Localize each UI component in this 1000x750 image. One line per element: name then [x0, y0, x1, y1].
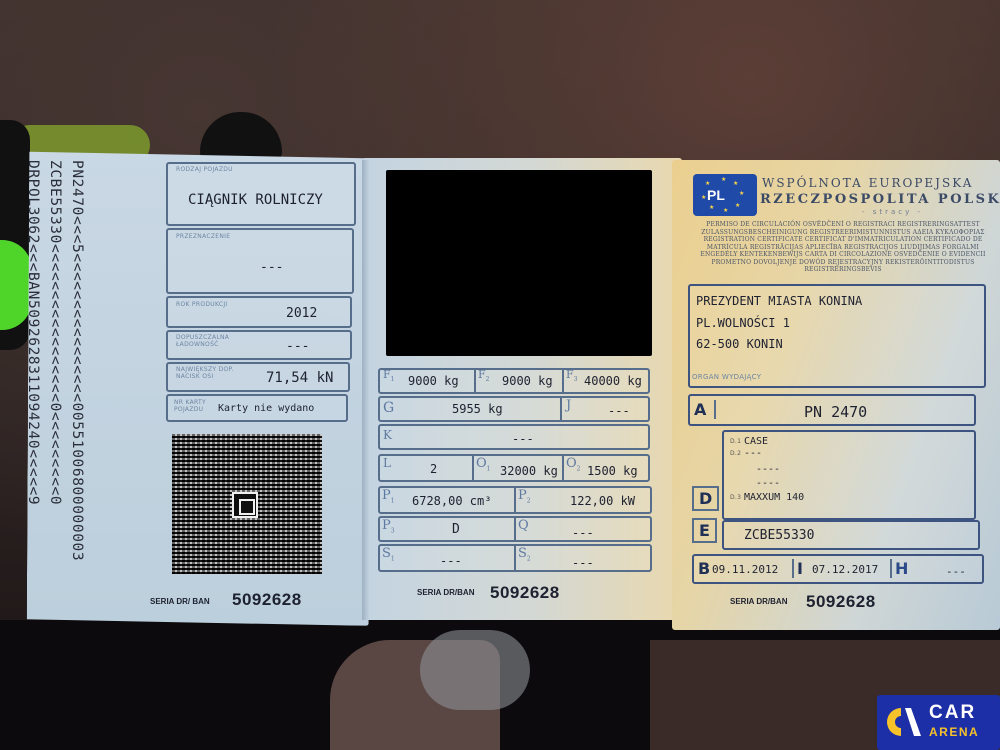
- d2-line-3: ----: [756, 478, 780, 489]
- f1-value: 9000 kg: [408, 374, 459, 388]
- datamatrix-code: [172, 434, 322, 574]
- eu-flag-icon: ★ ★ ★ ★ ★ ★ ★ ★ PL: [693, 174, 757, 216]
- payload-label: DOPUSZCZALNA ŁADOWNOŚĆ: [176, 334, 246, 348]
- p2-value: 122,00 kW: [570, 494, 635, 508]
- s2-value: ---: [572, 556, 594, 570]
- code-l: L: [383, 456, 391, 470]
- purpose-label: PRZEZNACZENIE: [176, 233, 230, 240]
- axle-load-box: NAJWIĘKSZY DOP. NACISK OSI 71,54 kN: [166, 362, 350, 392]
- field-d-box: D.1 CASE D.2 --- ---- ---- D.3 MAXXUM 14…: [722, 430, 976, 520]
- redacted-photo: [386, 170, 652, 356]
- h-value: ---: [946, 565, 966, 578]
- d2-label: D.2: [730, 450, 741, 457]
- g-value: 5955 kg: [452, 402, 503, 416]
- production-year-box: ROK PRODUKCJI 2012: [166, 296, 352, 328]
- code-p2: P2: [514, 488, 531, 514]
- series-number-right: 5092628: [806, 592, 876, 612]
- code-p1: P1: [382, 488, 395, 505]
- l-value: 2: [430, 462, 437, 476]
- series-label-left: SERIA DR/ BAN: [150, 597, 210, 606]
- code-i: I: [792, 559, 803, 578]
- code-k: K: [383, 428, 392, 442]
- o2-value: 1500 kg: [587, 464, 638, 478]
- production-year-value: 2012: [286, 306, 317, 321]
- datamatrix-finder: [232, 492, 258, 518]
- code-e: E: [692, 518, 717, 543]
- axle-load-label: NAJWIĘKSZY DOP. NACISK OSI: [176, 366, 256, 380]
- multilingual-title: PERMISO DE CIRCULACIÓN OSVĚDČENÍ O REGIS…: [688, 221, 998, 274]
- a-value: PN 2470: [804, 403, 867, 421]
- vehicle-card-value: Karty nie wydano: [218, 403, 314, 414]
- authority-line-1: PREZYDENT MIASTA KONINA: [696, 294, 862, 308]
- mrz-line-3: PN2470<<<5<<<<<<<<<<<<<<<<00551006800000…: [68, 160, 86, 600]
- field-e-box: ZCBE55330: [722, 520, 980, 550]
- s1-value: ---: [440, 554, 462, 568]
- header-sub: - stracy -: [862, 208, 923, 216]
- series-number-middle: 5092628: [490, 583, 560, 603]
- field-a-box: A PN 2470: [688, 394, 976, 426]
- code-h: H: [890, 559, 908, 578]
- d3-value: MAXXUM 140: [744, 492, 804, 503]
- mrz-line-1: DRPOL3062<<<BAN5092628311094240<<<<<9: [24, 160, 42, 600]
- d1-value: CASE: [744, 436, 768, 447]
- vehicle-type-value: CIĄGNIK ROLNICZY: [188, 192, 323, 208]
- logo-text-arena: ARENA: [929, 725, 979, 739]
- vehicle-card-box: NR KARTY POJAZDU Karty nie wydano: [166, 394, 348, 422]
- code-j: J: [560, 398, 571, 420]
- code-a: A: [694, 400, 716, 419]
- code-q: Q: [514, 518, 529, 542]
- d3-label: D.3: [730, 494, 741, 501]
- code-o1: O1: [472, 456, 491, 482]
- header-eu: WSPÓLNOTA EUROPEJSKA: [762, 176, 973, 190]
- d2-line-2: ----: [756, 464, 780, 475]
- k-value: ---: [512, 432, 534, 446]
- car-arena-logo-icon: [887, 706, 921, 738]
- code-o2: O2: [562, 456, 581, 482]
- p3-value: D: [452, 522, 460, 537]
- page-fold: [362, 160, 370, 620]
- series-number-left: 5092628: [232, 590, 302, 610]
- series-label-middle: SERIA DR/BAN: [417, 588, 474, 597]
- d1-label: D.1: [730, 438, 741, 445]
- code-s2: S2: [514, 546, 531, 572]
- registration-document: DRPOL3062<<<BAN5092628311094240<<<<<9 ZC…: [0, 0, 1000, 750]
- mrz-line-2: ZCBE55330<<<<<<<<<<<<<<<<<0<<<<<<<<<0: [46, 160, 64, 600]
- vehicle-card-label: NR KARTY POJAZDU: [174, 399, 214, 413]
- code-f3: F3: [562, 368, 577, 392]
- country-code: PL: [707, 187, 725, 203]
- authority-line-3: 62-500 KONIN: [696, 337, 783, 351]
- code-d: D: [692, 486, 719, 511]
- i-value: 07.12.2017: [812, 563, 878, 576]
- e-value: ZCBE55330: [744, 528, 814, 543]
- field-b-i-h-box: B 09.11.2012 I 07.12.2017 H ---: [692, 554, 984, 584]
- machine-readable-zone: DRPOL3062<<<BAN5092628311094240<<<<<9 ZC…: [24, 160, 90, 600]
- car-arena-logo: CAR ARENA: [877, 695, 1000, 750]
- b-value: 09.11.2012: [712, 563, 778, 576]
- o1-value: 32000 kg: [500, 464, 558, 478]
- authority-label: ORGAN WYDAJĄCY: [692, 374, 761, 381]
- code-b: B: [698, 559, 710, 578]
- eu-stars-icon: ★ ★ ★ ★ ★ ★ ★ ★: [693, 174, 757, 216]
- issuing-authority-box: PREZYDENT MIASTA KONINA PL.WOLNOŚCI 1 62…: [688, 284, 986, 388]
- payload-box: DOPUSZCZALNA ŁADOWNOŚĆ ---: [166, 330, 352, 360]
- production-year-label: ROK PRODUKCJI: [176, 301, 246, 308]
- axle-load-value: 71,54 kN: [266, 370, 333, 386]
- header-country: RZECZPOSPOLITA POLSKA: [760, 192, 1000, 207]
- j-value: ---: [608, 404, 630, 418]
- series-label-right: SERIA DR/BAN: [730, 597, 787, 606]
- purpose-value: ---: [260, 260, 283, 275]
- vehicle-type-box: RODZAJ POJAZDU CIĄGNIK ROLNICZY: [166, 162, 356, 226]
- code-s1: S1: [382, 546, 395, 563]
- p1-value: 6728,00 cm³: [412, 494, 491, 508]
- purpose-box: PRZEZNACZENIE ---: [166, 228, 354, 294]
- code-f1: F1: [383, 368, 394, 383]
- logo-text-car: CAR: [929, 702, 976, 724]
- code-g: G: [383, 400, 394, 416]
- f2-value: 9000 kg: [502, 374, 553, 388]
- vehicle-type-label: RODZAJ POJAZDU: [176, 166, 233, 173]
- code-p3: P3: [382, 518, 395, 535]
- d2-value: ---: [744, 448, 762, 459]
- f3-value: 40000 kg: [584, 374, 642, 388]
- authority-line-2: PL.WOLNOŚCI 1: [696, 316, 790, 330]
- q-value: ---: [572, 526, 594, 540]
- code-f2: F2: [474, 368, 489, 392]
- payload-value: ---: [286, 339, 309, 354]
